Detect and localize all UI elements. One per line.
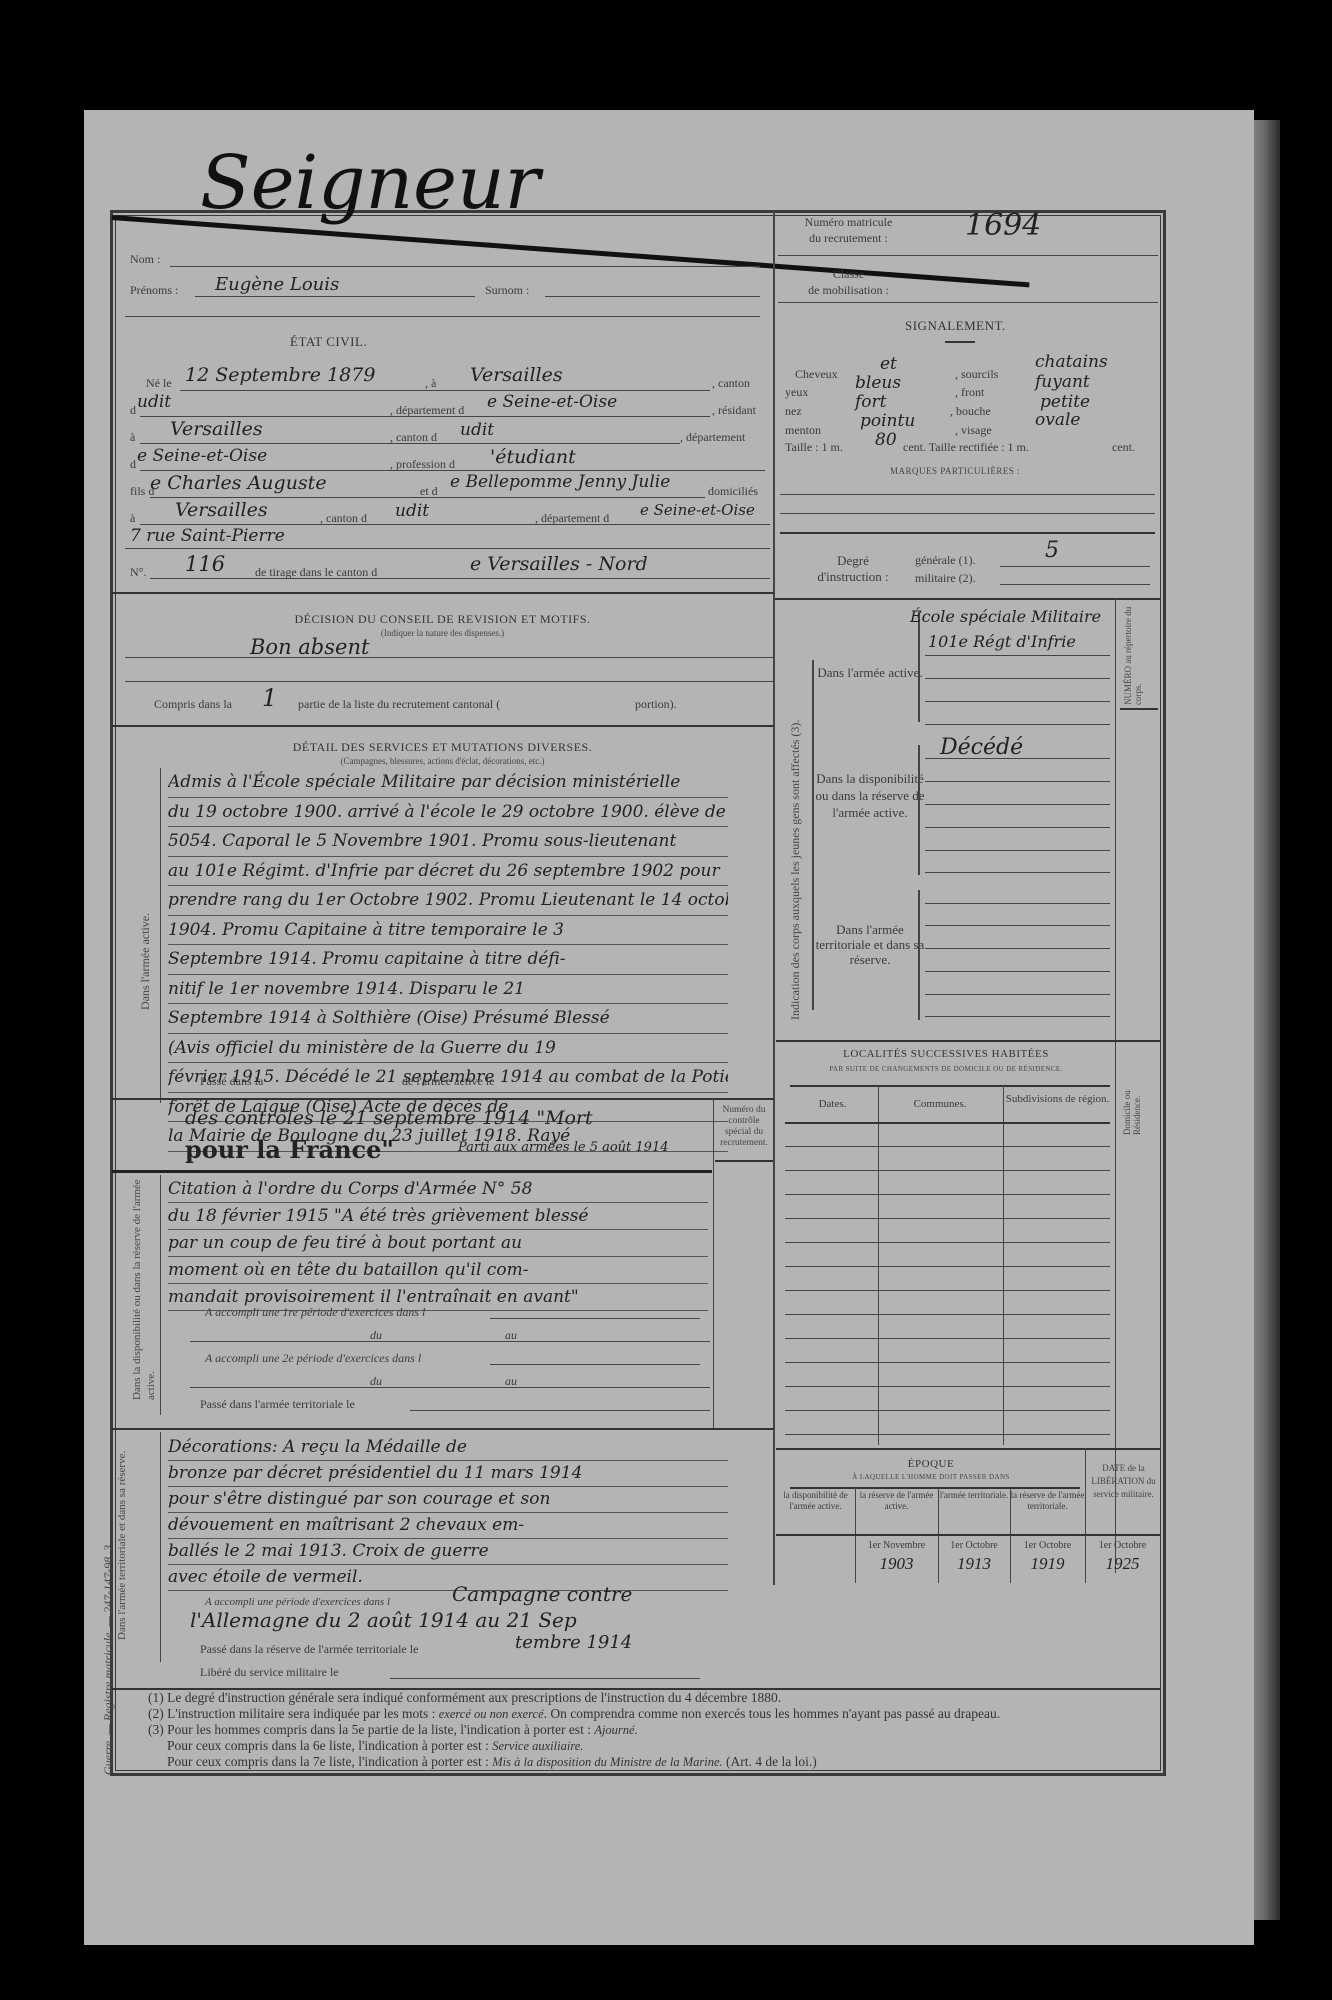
taille-label: Taille : 1 m. [785,440,843,455]
sourcils-label: , sourcils [955,367,998,382]
sourcils-value: chatains [1035,352,1108,372]
numero-corps-label: NUMÉRO au répertoire du corps. [1123,595,1143,705]
services-title: DÉTAIL DES SERVICES ET MUTATIONS DIVERSE… [110,740,775,755]
epoque-col-header: la disponibilité de l'armée active. [776,1490,855,1512]
localites-row-line [785,1290,1110,1291]
conseil-subtitle: (Indiquer la nature des dispenses.) [110,628,775,638]
mort-note: Parti aux armées le 5 août 1914 [458,1140,669,1155]
footnote-3: (3) Pour les hommes compris dans la 5e p… [148,1722,1148,1738]
epoque-title: ÉPOQUE [776,1458,1086,1470]
visage-value: ovale [1035,410,1080,430]
visage-label: , visage [955,423,992,438]
localites-row-line [785,1314,1110,1315]
res-dep-prefix: d [130,457,136,472]
handwritten-line: au 101e Régimt. d'Infrie par décret du 2… [168,857,728,887]
handwritten-line: (Avis officiel du ministère de la Guerre… [168,1034,728,1064]
handwritten-line: 5054. Caporal le 5 Novembre 1901. Promu … [168,827,728,857]
territoriale-label: Dans l'armée territoriale et dans sa rés… [815,922,925,967]
epoque-date: 1er Octobre [938,1540,1010,1551]
footnotes: (1) Le degré d'instruction générale sera… [148,1690,1148,1770]
localites-row-line [785,1266,1110,1267]
bouche-value: petite [1040,392,1090,412]
citation-text: Citation à l'ordre du Corps d'Armée N° 5… [168,1176,708,1311]
degre-label-1: Degré [808,553,898,569]
localites-row-line [785,1242,1110,1243]
handwritten-line: 1904. Promu Capitaine à titre temporaire… [168,916,728,946]
front-label: , front [955,385,984,400]
generale-value: 5 [1045,538,1059,563]
handwritten-line: ballés le 2 mai 1913. Croix de guerre [168,1539,728,1565]
localites-row-line [785,1170,1110,1171]
epoque-year: 1903 [855,1554,938,1574]
localites-col-subdivisions: Subdivisions de région. [1005,1093,1110,1105]
date-liberation-label: DATE de la LIBÉRATION du service militai… [1087,1462,1160,1501]
passe-active-label: Passé dans la [200,1074,263,1089]
localites-row-line [785,1218,1110,1219]
compris-suffix: partie de la liste du recrutement canton… [298,697,500,712]
passe-territoriale-label: Passé dans l'armée territoriale le [200,1397,355,1412]
a-label: , à [425,376,436,391]
footnote-1: (1) Le degré d'instruction générale sera… [148,1690,1148,1706]
degre-label-2: d'instruction : [808,569,898,585]
periode1-label: A accompli une 1re période d'exercices d… [205,1305,425,1320]
localites-row-line [785,1338,1110,1339]
militaire-label: militaire (2). [915,571,976,586]
handwritten-line: Décorations: A reçu la Médaille de [168,1435,728,1461]
conseil-decision: Bon absent [250,635,369,659]
canton-label: , canton [712,376,750,391]
yeux-value: bleus [855,373,901,393]
bouche-label: , bouche [950,404,991,419]
prenoms-value: Eugène Louis [215,274,339,295]
epoque-col-header: l'armée territoriale. [938,1490,1010,1501]
father-name: e Charles Auguste [150,472,327,494]
tirage-no: 116 [185,552,225,576]
citation-side-label: Dans la disponibilité ou dans la réserve… [130,1160,158,1400]
handwritten-line: du 18 février 1915 "A été très grièvemen… [168,1203,708,1230]
active-entry-1: École spéciale Militaire [910,607,1101,626]
campagne-line-2: l'Allemagne du 2 août 1914 au 21 Sep [190,1608,577,1632]
canton-prefix: d [130,403,136,418]
birth-departement: e Seine-et-Oise [487,392,617,412]
marques-label: MARQUES PARTICULIÈRES : [890,466,1020,476]
yeux-label: yeux [785,385,808,400]
deco-periode-label: A accompli une période d'exercices dans … [205,1596,390,1608]
mort-line-1: des contrôles le 21 septembre 1914 "Mort [185,1107,593,1129]
handwritten-line: Citation à l'ordre du Corps d'Armée N° 5… [168,1176,708,1203]
taille-suffix: cent. Taille rectifiée : 1 m. [903,440,1029,455]
taille-value: 80 [875,430,897,450]
profession: 'étudiant [490,446,576,468]
compris-partie: 1 [262,684,277,712]
mort-line-2: pour la France" [185,1135,394,1164]
epoque-col-header: la réserve de l'armée active. [855,1490,938,1512]
ne-le-label: Né le [146,376,172,391]
nez-value: fort [855,392,887,412]
classe-label-2: de mobilisation : [786,283,911,298]
domicile: Versailles [175,499,268,521]
handwritten-line: Septembre 1914. Promu capitaine à titre … [168,945,728,975]
footnote-4: Pour ceux compris dans la 6e liste, l'in… [148,1738,1148,1754]
matricule-label-2: du recrutement : [786,231,911,246]
mother-name: e Bellepomme Jenny Julie [450,472,670,492]
handwritten-line: bronze par décret présidentiel du 11 mar… [168,1461,728,1487]
localites-row-line [785,1194,1110,1195]
residence: Versailles [170,418,263,440]
compris-label: Compris dans la [154,697,232,712]
address: 7 rue Saint-Pierre [130,526,285,546]
footnote-2: (2) L'instruction militaire sera indiqué… [148,1706,1148,1722]
matricule-label-1: Numéro matricule [786,215,911,230]
portion-suffix: portion). [635,697,677,712]
epoque-date: 1er Octobre [1085,1540,1160,1551]
cheveux-value: et [880,354,897,374]
libere-label: Libéré du service militaire le [200,1665,339,1680]
localites-row-line [785,1434,1110,1435]
birth-canton: udit [137,392,171,412]
decorations-side-label: Dans l'armée territoriale et dans sa rés… [115,1440,129,1640]
dom-canton: udit [395,501,429,521]
front-value: fuyant [1035,372,1090,392]
disponibilite-label: Dans la disponibilité ou dans la réserve… [815,770,925,821]
disponibilite-entry: Décédé [940,735,1023,760]
dom-a-label: à [130,511,135,526]
surname-handwritten: Seigneur [200,140,540,226]
services-subtitle: (Campagnes, blessures, actions d'éclat, … [110,756,775,766]
residant-label: , résidant [712,403,756,418]
handwritten-line: Septembre 1914 à Solthière (Oise) Présum… [168,1004,728,1034]
localites-row-line [785,1362,1110,1363]
cheveux-label: Cheveux [795,367,838,382]
affectations-side-label: Indication des corps auxquels les jeunes… [788,720,803,1020]
taille-rect-suffix: cent. [1112,440,1135,455]
epoque-year: 1919 [1010,1554,1085,1574]
campagne-line-1: Campagne contre [452,1582,632,1606]
localites-subtitle: PAR SUITE DE CHANGEMENTS DE DOMICILE OU … [776,1065,1116,1073]
birth-place: Versailles [470,364,563,386]
menton-label: menton [785,423,821,438]
handwritten-line: moment où en tête du bataillon qu'il com… [168,1257,708,1284]
handwritten-line: prendre rang du 1er Octobre 1902. Promu … [168,886,728,916]
reserve-territoriale-label: Passé dans la réserve de l'armée territo… [200,1642,418,1657]
etat-civil-title: ÉTAT CIVIL. [290,334,367,350]
handwritten-line: dévouement en maîtrisant 2 chevaux em- [168,1513,728,1539]
res-canton: udit [460,420,494,440]
res-departement-label: , département [680,430,745,445]
res-departement: e Seine-et-Oise [137,446,267,466]
domicilies-label: domiciliés [708,484,758,499]
menton-value: pointu [860,411,915,431]
localites-title: LOCALITÉS SUCCESSIVES HABITÉES [776,1048,1116,1060]
epoque-date: 1er Octobre [1010,1540,1085,1551]
nom-label: Nom : [130,252,160,267]
handwritten-line: pour s'être distingué par son courage et… [168,1487,728,1513]
footnote-5: Pour ceux compris dans la 7e liste, l'in… [148,1754,1148,1770]
nez-label: nez [785,404,802,419]
epoque-year: 1913 [938,1554,1010,1574]
localites-col-communes: Communes. [880,1098,1000,1110]
active-label: Dans l'armée active. [815,664,925,681]
decorations-text: Décorations: A reçu la Médaille debronze… [168,1435,728,1591]
signalement-title: SIGNALEMENT. [905,318,1006,334]
handwritten-line: Admis à l'École spéciale Militaire par d… [168,768,728,798]
localites-row-line [785,1410,1110,1411]
handwritten-line: par un coup de feu tiré à bout portant a… [168,1230,708,1257]
active-entry-2: 101e Régt d'Infrie [928,632,1076,651]
localites-row-line [785,1386,1110,1387]
periode2-label: A accompli une 2e période d'exercices da… [205,1351,421,1366]
campagne-line-3: tembre 1914 [515,1632,632,1653]
handwritten-line: du 19 octobre 1900. arrivé à l'école le … [168,798,728,828]
generale-label: générale (1). [915,553,976,568]
passe-active-suffix: de l'armée active le [402,1074,494,1089]
epoque-year: 1925 [1085,1554,1160,1574]
birth-date: 12 Septembre 1879 [185,364,375,386]
epoque-date: 1er Novembre [855,1540,938,1551]
localites-side-column: Domicile ou Résidence. [1122,1055,1142,1135]
tirage-canton: e Versailles - Nord [470,553,648,575]
surnom-label: Surnom : [485,283,529,298]
handwritten-line: nitif le 1er novembre 1914. Disparu le 2… [168,975,728,1005]
numero-controle-label: Numéro du contrôle spécial du recrutemen… [715,1105,773,1149]
localites-col-dates: Dates. [785,1098,880,1110]
services-side-label: Dans l'armée active. [138,913,153,1010]
tirage-no-label: N°. [130,565,146,580]
margin-print: Guerre. — Registre matricule. — 247-147-… [101,1545,116,1775]
conseil-title: DÉCISION DU CONSEIL DE REVISION ET MOTIF… [110,612,775,627]
services-text: Admis à l'École spéciale Militaire par d… [168,768,728,1152]
classe-label-1: Classe [786,267,911,282]
dom-departement: e Seine-et-Oise [640,501,755,519]
matricule-value: 1694 [965,208,1041,243]
handwritten-line: avec étoile de vermeil. [168,1565,728,1591]
epoque-subtitle: À LAQUELLE L'HOMME DOIT PASSER DANS [776,1473,1086,1481]
res-a-label: à [130,430,135,445]
prenoms-label: Prénoms : [130,283,178,298]
localites-row-line [785,1146,1110,1147]
epoque-col-header: la réserve de l'armée territoriale. [1010,1490,1085,1512]
